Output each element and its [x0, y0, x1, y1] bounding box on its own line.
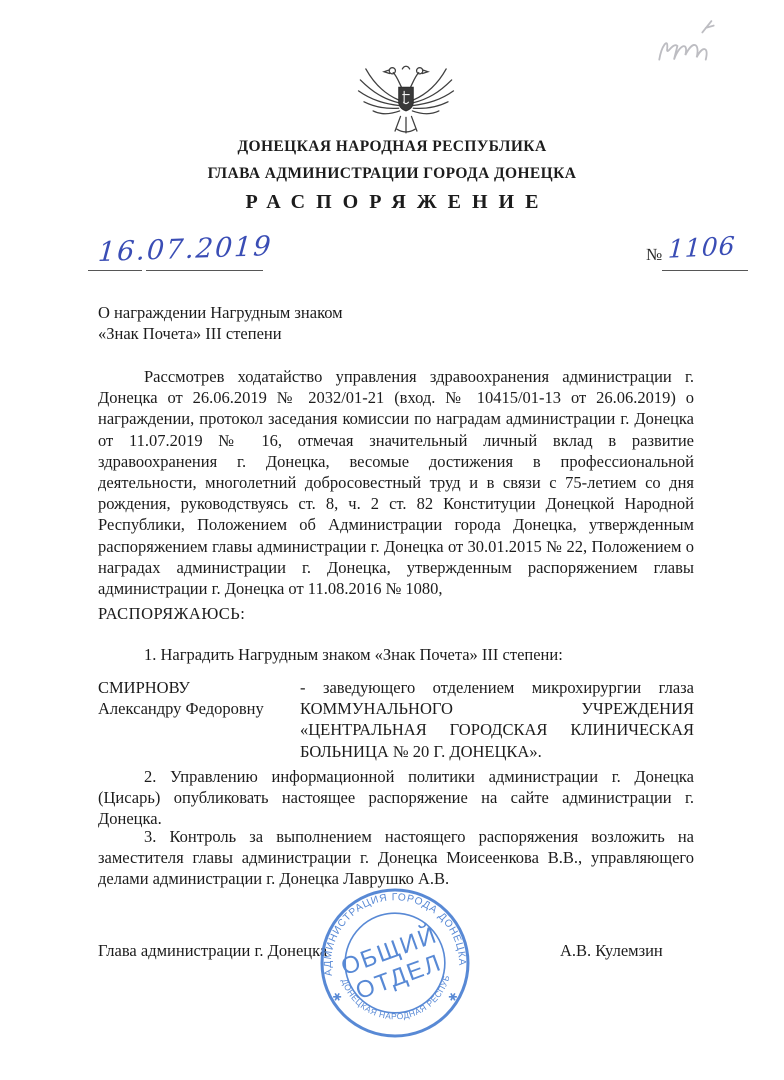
- resolve-word: РАСПОРЯЖАЮСЬ:: [98, 604, 245, 624]
- subject-line-2: «Знак Почета» III степени: [98, 323, 438, 344]
- recipient-block: СМИРНОВУ Александру Федоровну - заведующ…: [98, 677, 694, 762]
- dnr-double-headed-eagle-emblem: [350, 58, 462, 142]
- stamp-star-left-icon: [333, 993, 341, 1000]
- republic-name: ДОНЕЦКАЯ НАРОДНАЯ РЕСПУБЛИКА: [0, 138, 784, 156]
- signatory-position-title: Глава администрации г. Донецка: [98, 941, 327, 961]
- recipient-name: СМИРНОВУ Александру Федоровну: [98, 677, 300, 762]
- date-underline-1: [88, 270, 142, 271]
- recipient-position: - заведующего отделением микрохирургии г…: [300, 677, 694, 762]
- handwritten-number: 1106: [667, 231, 736, 264]
- number-underline: [662, 270, 748, 271]
- handwritten-date: 16.07.2019: [97, 231, 274, 268]
- scanned-decree-document: ДОНЕЦКАЯ НАРОДНАЯ РЕСПУБЛИКА ГЛАВА АДМИН…: [0, 0, 784, 1080]
- order-item-1: 1. Наградить Нагрудным знаком «Знак Поче…: [98, 644, 694, 665]
- order-item-2: 2. Управлению информационной политики ад…: [98, 766, 694, 830]
- date-underline-2: [146, 270, 263, 271]
- general-department-round-stamp: АДМИНИСТРАЦИЯ ГОРОДА ДОНЕЦКА ДОНЕЦКАЯ НА…: [306, 874, 484, 1052]
- subject-line-1: О награждении Нагрудным знаком: [98, 302, 438, 323]
- recipient-surname: СМИРНОВУ: [98, 677, 300, 698]
- stamp-star-right-icon: [449, 993, 457, 1000]
- signatory-name: А.В. Кулемзин: [560, 941, 663, 961]
- authority-name: ГЛАВА АДМИНИСТРАЦИИ ГОРОДА ДОНЕЦКА: [0, 165, 784, 183]
- recipient-name-patronymic: Александру Федоровну: [98, 698, 300, 719]
- pencil-scribble-note: [632, 12, 750, 80]
- number-sign: №: [646, 245, 662, 265]
- document-type-title: РАСПОРЯЖЕНИЕ: [0, 191, 784, 214]
- subject-block: О награждении Нагрудным знаком «Знак Поч…: [98, 302, 438, 344]
- preamble-paragraph: Рассмотрев ходатайство управления здраво…: [98, 366, 694, 599]
